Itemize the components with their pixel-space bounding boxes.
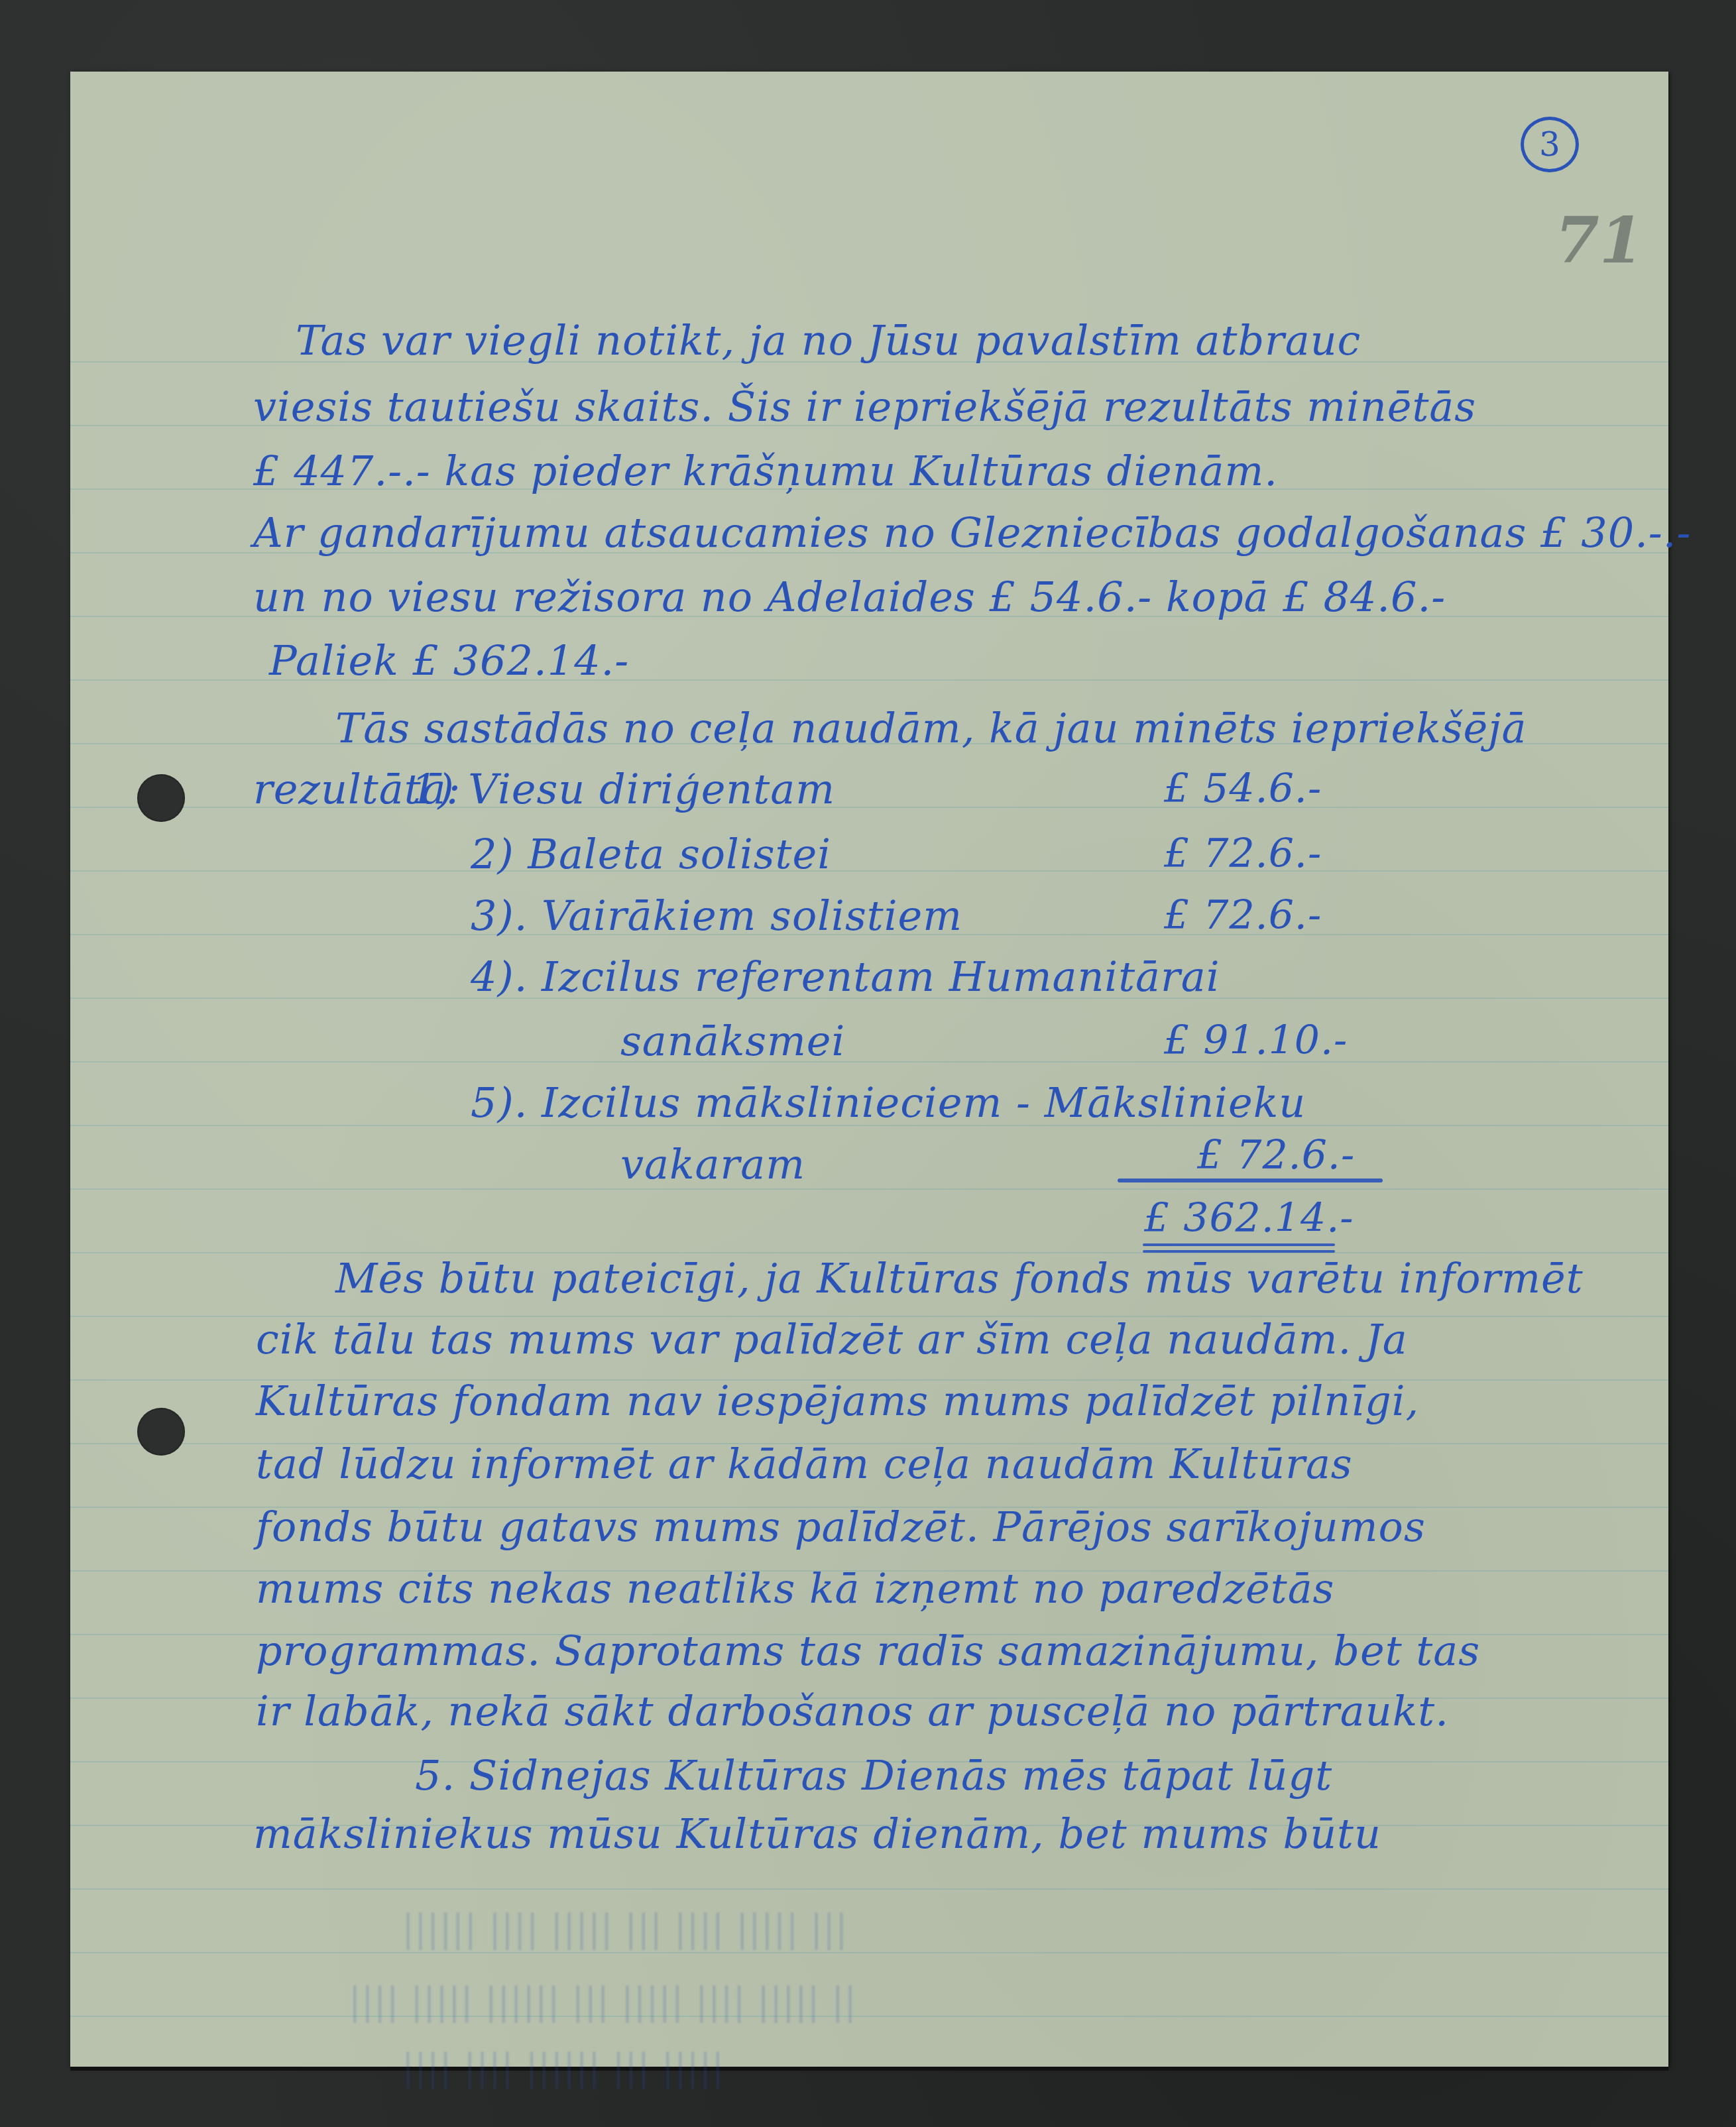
rule-line — [70, 870, 1668, 872]
circled-page-number-text: 3 — [1539, 125, 1560, 164]
para3-line4: tad lūdzu informēt ar kādām ceļa naudām … — [256, 1444, 1353, 1485]
rule-line — [70, 1188, 1668, 1190]
para1-line5: un no viesu režisora no Adelaides £ 54.6… — [253, 577, 1446, 618]
rule-line — [70, 1061, 1668, 1063]
reverse-side-showthrough: ||||| ||| |||||| |||| |||| — [402, 2047, 724, 2090]
expense-item-1-amount: £ 54.6.- — [1164, 769, 1322, 809]
total-double-underline-2 — [1143, 1250, 1335, 1253]
expense-item-5-label: 5). Izcilus mākslinieciem - Mākslinieku — [471, 1082, 1306, 1123]
rule-line — [70, 1888, 1668, 1890]
para3-line2: cik tālu tas mums var palīdzēt ar šīm ce… — [256, 1319, 1408, 1360]
reverse-side-showthrough: || ||||| |||| ||||| ||| |||||| ||||| |||… — [349, 1981, 856, 2024]
para4-line1: 5. Sidnejas Kultūras Dienās mēs tāpat lū… — [415, 1755, 1332, 1796]
expense-item-1-label: 1) Viesu diriģentam — [411, 769, 835, 810]
rule-line — [70, 1952, 1668, 1953]
expense-item-4-label-cont: sanāksmei — [620, 1021, 845, 1062]
total-double-underline-1 — [1143, 1243, 1335, 1246]
para3-line3: Kultūras fondam nav iespējams mums palīd… — [256, 1381, 1419, 1422]
para3-line1: Mēs būtu pateicīgi, ja Kultūras fonds mū… — [335, 1258, 1584, 1299]
expense-item-4-amount: £ 91.10.- — [1164, 1021, 1348, 1061]
rule-line — [70, 1252, 1668, 1253]
punch-hole-lower — [137, 1408, 185, 1456]
expenses-total: £ 362.14.- — [1144, 1198, 1354, 1238]
pencil-folio-number: 71 — [1555, 203, 1644, 278]
para2-line1: Tās sastādās no ceļa naudām, kā jau minē… — [335, 708, 1527, 749]
para1-line6: Paliek £ 362.14.- — [269, 640, 629, 681]
para3-line7: programmas. Saprotams tas radīs samazinā… — [256, 1631, 1480, 1672]
reverse-side-showthrough: ||| ||||| |||| ||| ||||| |||| |||||| — [402, 1908, 848, 1951]
para3-line8: ir labāk, nekā sākt darbošanos ar pusceļ… — [256, 1691, 1449, 1732]
expense-item-2-amount: £ 72.6.- — [1164, 834, 1322, 874]
para4-line2: māksliniekus mūsu Kultūras dienām, bet m… — [253, 1813, 1381, 1855]
sum-underline — [1118, 1178, 1383, 1182]
expense-item-5-label-cont: vakaram — [620, 1144, 805, 1185]
expense-item-3-label: 3). Vairākiem solistiem — [471, 895, 962, 937]
para3-line6: mums cits nekas neatliks kā izņemt no pa… — [256, 1568, 1334, 1609]
expense-item-3-amount: £ 72.6.- — [1164, 895, 1322, 935]
para1-line4: Ar gandarījumu atsaucamies no Glezniecīb… — [253, 512, 1691, 553]
expense-item-4-label: 4). Izcilus referentam Humanitārai — [471, 956, 1220, 998]
punch-hole-upper — [137, 774, 185, 822]
para3-line5: fonds būtu gatavs mums palīdzēt. Pārējos… — [256, 1507, 1426, 1548]
circled-page-number: 3 — [1521, 117, 1579, 172]
expense-item-2-label: 2) Baleta solistei — [471, 834, 831, 875]
para1-line3: £ 447.-.- kas pieder krāšņumu Kultūras d… — [253, 451, 1278, 492]
expense-item-5-amount: £ 72.6.- — [1197, 1135, 1355, 1175]
letter-page: 3 71 Tas var viegli notikt, ja no Jūsu p… — [70, 72, 1668, 2067]
para1-line1: Tas var viegli notikt, ja no Jūsu pavals… — [296, 320, 1361, 361]
rule-line — [70, 2016, 1668, 2017]
para1-line2: viesis tautiešu skaits. Šis ir iepriekšē… — [253, 386, 1476, 428]
